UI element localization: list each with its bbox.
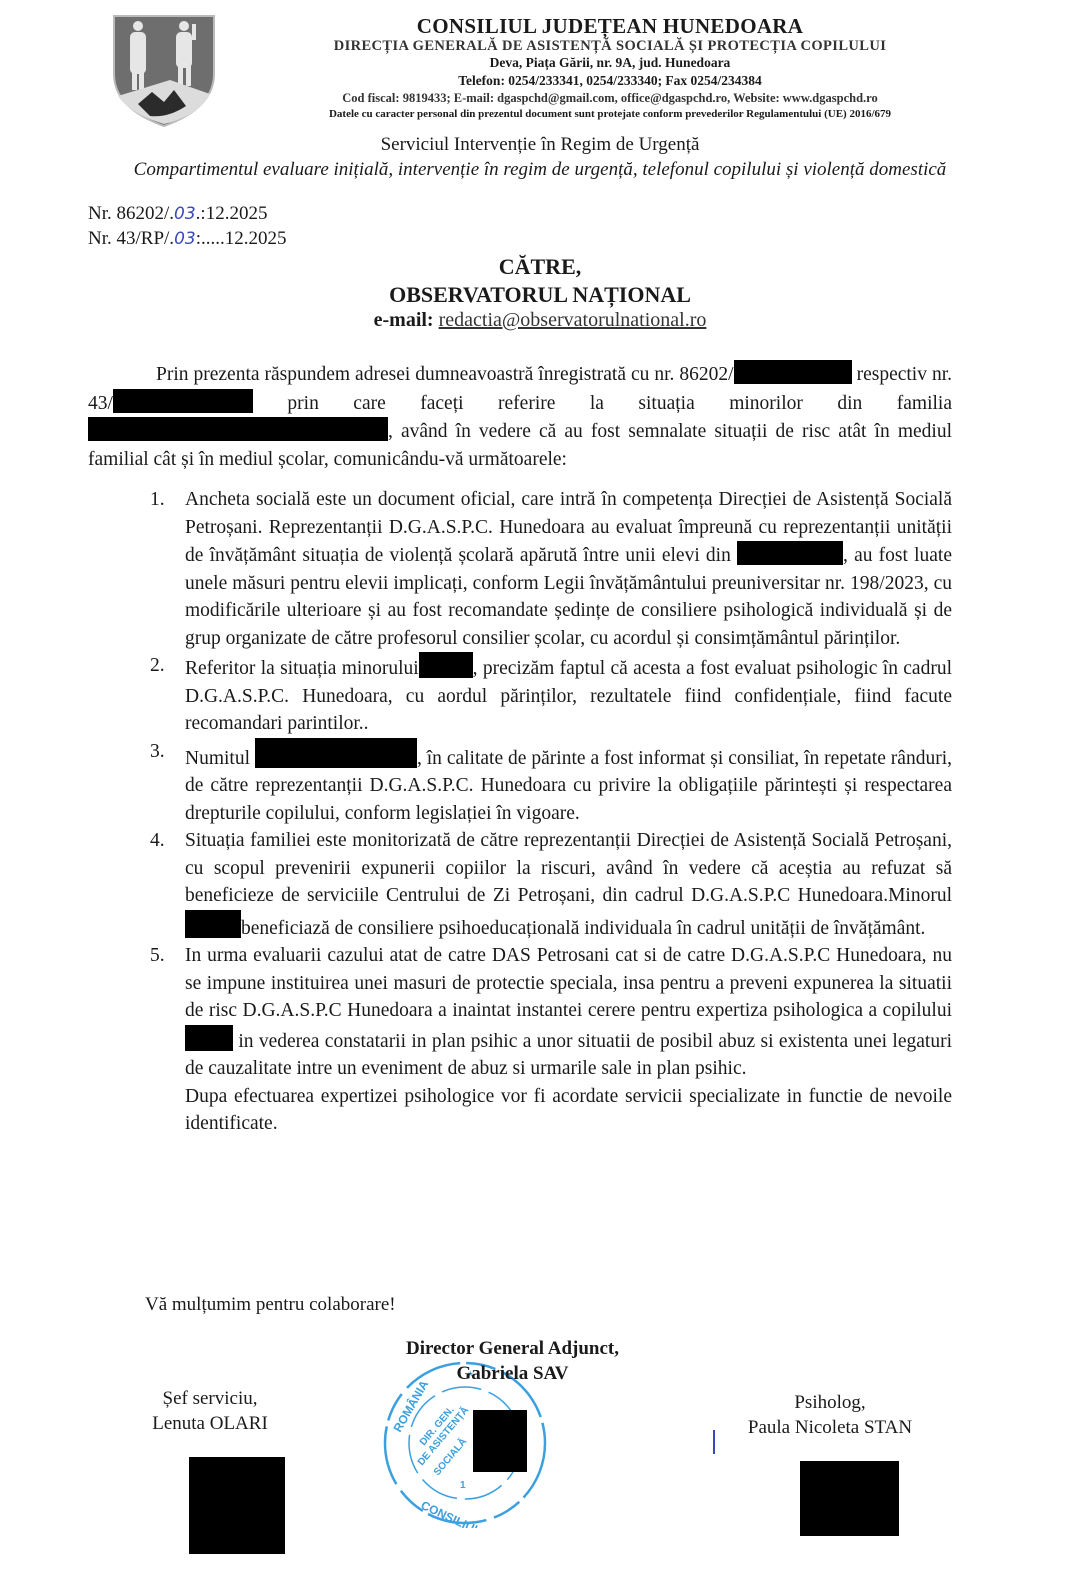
- closing-thanks: Vă mulțumim pentru colaborare!: [145, 1294, 396, 1316]
- psychologist-name: Paula Nicoleta STAN: [725, 1415, 935, 1440]
- redaction-box: [734, 360, 852, 384]
- header-directorate: DIRECȚIA GENERALĂ DE ASISTENȚĂ SOCIALĂ Ș…: [220, 39, 1000, 54]
- svg-text:1: 1: [460, 1480, 466, 1491]
- header-council: CONSILIUL JUDEȚEAN HUNEDOARA: [220, 16, 1000, 37]
- compartment-name: Compartimentul evaluare inițială, interv…: [110, 158, 970, 182]
- redaction-box: [255, 738, 417, 768]
- list-item: 2. Referitor la situația minorului, prec…: [150, 652, 952, 738]
- header-address: Deva, Piața Gării, nr. 9A, jud. Hunedoar…: [220, 56, 1000, 70]
- redaction-box: [473, 1410, 527, 1472]
- redaction-box: [113, 389, 253, 413]
- list-item-followup: Dupa efectuarea expertizei psihologice v…: [185, 1083, 952, 1138]
- intro-paragraph: Prin prezenta răspundem adresei dumneavo…: [88, 360, 952, 473]
- list-item: 1. Ancheta socială este un document ofic…: [150, 486, 952, 652]
- service-name: Serviciul Intervenție în Regim de Urgenț…: [0, 134, 1080, 156]
- handwritten-day: 03: [174, 204, 196, 224]
- recipient-email-line: e-mail: redactia@observatorulnational.ro: [0, 309, 1080, 332]
- list-item: 4. Situația familiei este monitorizată d…: [150, 827, 952, 942]
- recipient-name: OBSERVATORUL NAȚIONAL: [0, 282, 1080, 308]
- header-phone: Telefon: 0254/233341, 0254/233340; Fax 0…: [220, 74, 1000, 88]
- handwritten-day: 03: [174, 229, 196, 249]
- redaction-box: [737, 541, 843, 565]
- svg-text:CONSILIUL J.: CONSILIUL J.: [419, 1498, 495, 1528]
- chief-name: Lenuta OLARI: [140, 1411, 280, 1436]
- signature-chief: Șef serviciu, Lenuta OLARI: [140, 1386, 280, 1436]
- redaction-box: [185, 910, 241, 938]
- list-item: 5. In urma evaluarii cazului atat de cat…: [150, 942, 952, 1138]
- coat-of-arms-icon: [108, 12, 220, 128]
- redaction-box: [185, 1025, 233, 1051]
- redaction-box: [419, 652, 473, 678]
- redaction-box: [88, 417, 388, 441]
- signature-director: Director General Adjunct, Gabriela SAV: [380, 1336, 645, 1386]
- signature-psychologist: Psiholog, Paula Nicoleta STAN: [725, 1390, 935, 1440]
- header-contact: Cod fiscal: 9819433; E-mail: dgaspchd@gm…: [220, 92, 1000, 105]
- redaction-box: [800, 1461, 899, 1536]
- signature-stroke-icon: [713, 1430, 715, 1454]
- recipient-email-link[interactable]: redactia@observatorulnational.ro: [439, 309, 707, 331]
- director-name: Gabriela SAV: [380, 1361, 645, 1386]
- response-points-list: 1. Ancheta socială este un document ofic…: [150, 486, 952, 1138]
- registration-number-1: Nr. 86202/.03.:12.2025: [88, 203, 267, 225]
- redaction-box: [189, 1457, 285, 1554]
- registration-number-2: Nr. 43/RP/.03:.....12.2025: [88, 228, 286, 250]
- recipient-label: CĂTRE,: [0, 254, 1080, 280]
- header-gdpr-note: Datele cu caracter personal din prezentu…: [220, 109, 1000, 120]
- list-item: 3. Numitul , în calitate de părinte a fo…: [150, 738, 952, 828]
